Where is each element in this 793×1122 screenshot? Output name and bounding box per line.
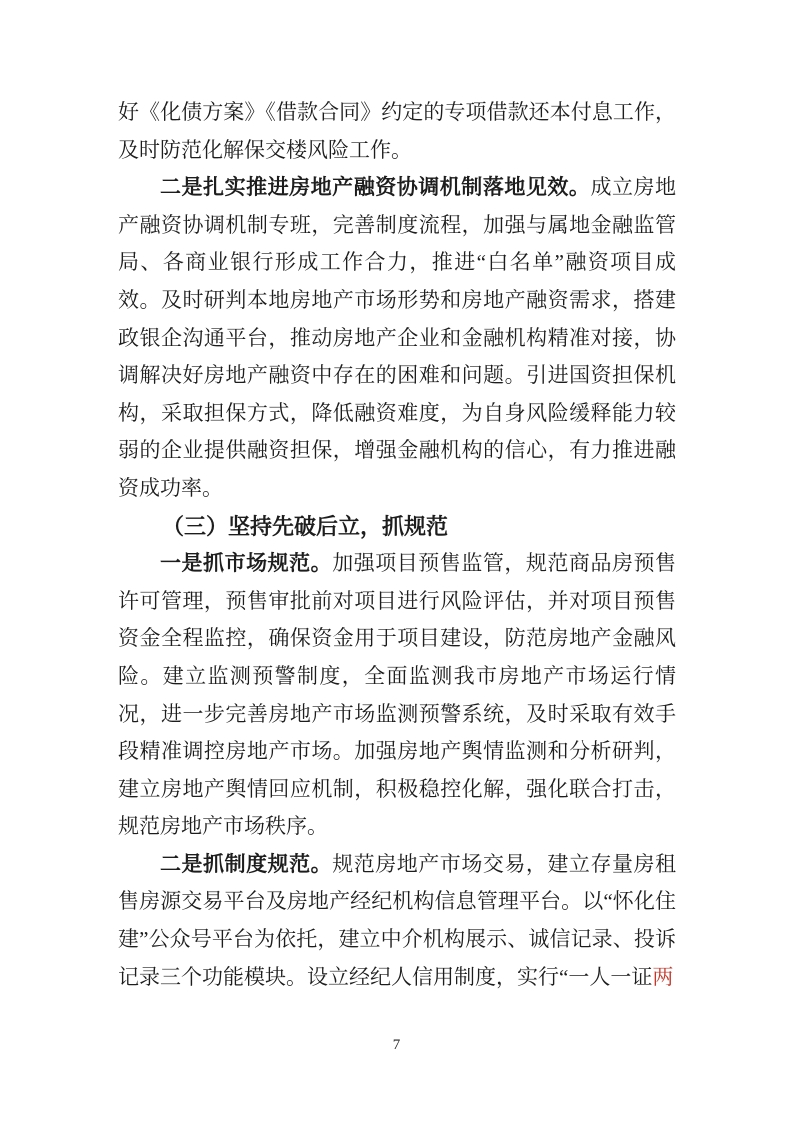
highlighted-red-text: 两 [652,965,673,989]
section-heading: （三）坚持先破后立，抓规范 [118,508,676,546]
paragraph-system-regulation: 二是抓制度规范。规范房地产市场交易，建立存量房租售房源交易平台及房地产经纪机构信… [118,846,676,996]
section-heading-text: （三）坚持先破后立，抓规范 [162,514,448,539]
body-text: 成立房地产融资协调机制专班，完善制度流程，加强与属地金融监管局、各商业银行形成工… [118,175,676,500]
page-number: 7 [0,1037,793,1054]
document-page: 好《化债方案》《借款合同》约定的专项借款还本付息工作，及时防范化解保交楼风险工作… [0,0,793,1122]
lead-in-bold-text: 二是抓制度规范。 [160,852,332,876]
body-text: 加强项目预售监管，规范商品房预售许可管理，预售审批前对项目进行风险评估，并对项目… [118,551,676,838]
body-text: 好《化债方案》《借款合同》约定的专项借款还本付息工作，及时防范化解保交楼风险工作… [118,100,676,162]
lead-in-bold-text: 一是抓市场规范。 [160,551,332,575]
paragraph-financing-mechanism: 二是扎实推进房地产融资协调机制落地见效。成立房地产融资协调机制专班，完善制度流程… [118,169,676,507]
paragraph-continuation: 好《化债方案》《借款合同》约定的专项借款还本付息工作，及时防范化解保交楼风险工作… [118,94,676,169]
lead-in-bold-text: 二是扎实推进房地产融资协调机制落地见效。 [160,175,590,199]
document-body: 好《化债方案》《借款合同》约定的专项借款还本付息工作，及时防范化解保交楼风险工作… [118,94,676,996]
paragraph-market-regulation: 一是抓市场规范。加强项目预售监管，规范商品房预售许可管理，预售审批前对项目进行风… [118,545,676,846]
